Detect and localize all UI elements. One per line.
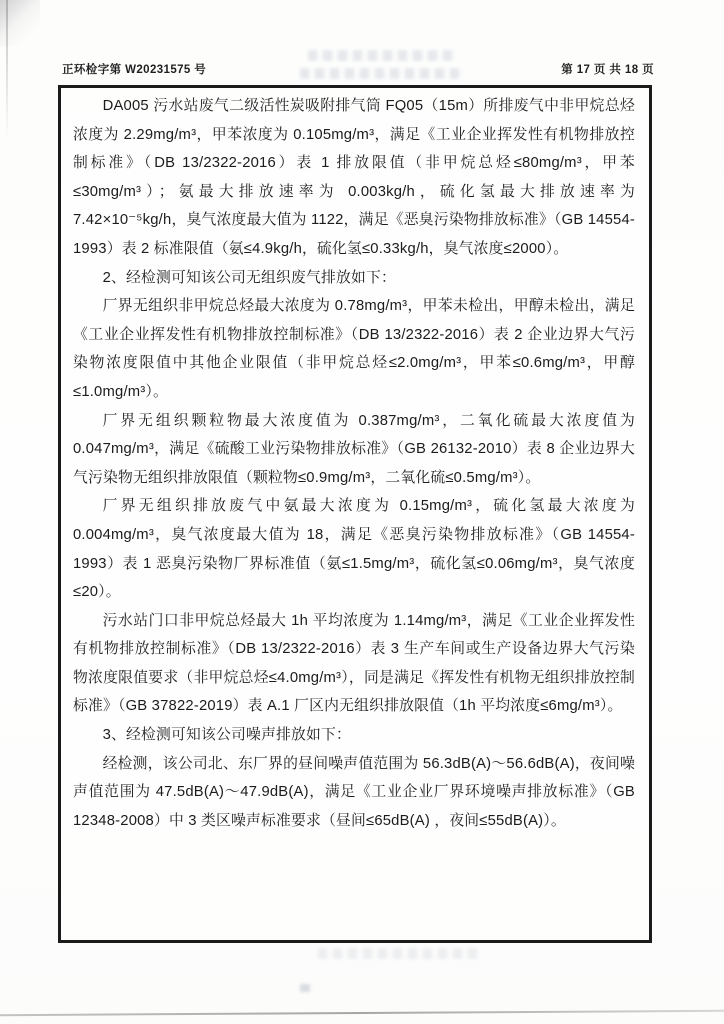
report-paragraph-fugitive-nmhc: 厂界无组织非甲烷总烃最大浓度为 0.78mg/m³，甲苯未检出，甲醇未检出，满足… bbox=[73, 292, 635, 406]
report-paragraph-fugitive-odor: 厂界无组织排放废气中氨最大浓度为 0.15mg/m³，硫化氢最大浓度为 0.00… bbox=[73, 492, 635, 606]
report-text-block: DA005 污水站废气二级活性炭吸附排气筒 FQ05（15m）所排废气中非甲烷总… bbox=[61, 88, 649, 835]
watermark-smudge-row bbox=[300, 68, 465, 79]
report-paragraph-stack-emissions: DA005 污水站废气二级活性炭吸附排气筒 FQ05（15m）所排废气中非甲烷总… bbox=[73, 92, 635, 264]
report-paragraph-sewage-station: 污水站门口非甲烷总烃最大 1h 平均浓度为 1.14mg/m³，满足《工业企业挥… bbox=[73, 607, 635, 721]
report-paragraph-noise: 经检测，该公司北、东厂界的昼间噪声值范围为 56.3dB(A)～56.6dB(A… bbox=[73, 750, 635, 836]
faint-watermark-bottom bbox=[318, 948, 480, 966]
report-heading-noise: 3、经检测可知该公司噪声排放如下： bbox=[73, 721, 635, 750]
scan-bottom-edge-line bbox=[0, 1010, 724, 1016]
report-border-frame: DA005 污水站废气二级活性炭吸附排气筒 FQ05（15m）所排废气中非甲烷总… bbox=[58, 85, 652, 943]
report-paragraph-fugitive-particulate: 厂界无组织颗粒物最大浓度值为 0.387mg/m³，二氧化硫最大浓度值为 0.0… bbox=[73, 407, 635, 493]
doc-number: 正环检字第 W20231575 号 bbox=[62, 61, 206, 77]
report-heading-fugitive-emissions: 2、经检测可知该公司无组织废气排放如下： bbox=[73, 264, 635, 293]
scan-speck bbox=[300, 984, 310, 992]
watermark-smudge-row bbox=[318, 948, 480, 959]
scanned-report-page: 正环检字第 W20231575 号 第 17 页 共 18 页 DA005 污水… bbox=[0, 0, 724, 1024]
faint-watermark-top bbox=[308, 50, 456, 86]
watermark-smudge-row bbox=[308, 50, 456, 61]
scan-left-edge-line bbox=[6, 0, 8, 140]
page-indicator: 第 17 页 共 18 页 bbox=[561, 61, 654, 77]
